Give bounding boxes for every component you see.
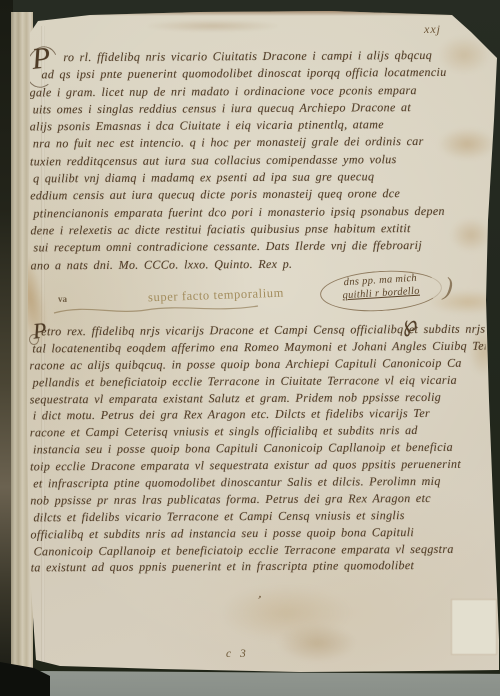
pen-swash-flourish bbox=[52, 300, 262, 320]
manuscript-line: Canonicoip Capllanoip et beneficiatoip e… bbox=[31, 540, 487, 560]
manuscript-line: nra no fuit nec est intencio. q i hoc pe… bbox=[30, 133, 486, 153]
folio-number: xxj bbox=[424, 22, 441, 37]
quire-signature: c 3 bbox=[226, 648, 249, 660]
manuscript-line: ad qs ipsi pnte puenerint quomodolibet d… bbox=[29, 64, 485, 84]
manuscript-line: ta existunt ad quos ppnis puenerint et i… bbox=[31, 557, 487, 577]
entry-2-text-block: etro rex. ffidelibq nrjs vicarijs Dracon… bbox=[29, 321, 487, 577]
manuscript-line: ptinencianonis emparata fuerint dco pori… bbox=[30, 202, 486, 222]
manuscript-line: sui receptum omni contradicione cessante… bbox=[30, 237, 486, 257]
manuscript-page: xxj P ro rl. ffidelibq nris vicario Ciui… bbox=[0, 0, 500, 696]
gray-mat-strip bbox=[36, 671, 500, 696]
paper-repair-patch bbox=[452, 600, 496, 654]
top-edge-smudge bbox=[148, 20, 278, 32]
bottom-smudge bbox=[278, 624, 356, 662]
entry-1-text-block: ro rl. ffidelibq nris vicario Ciuitatis … bbox=[29, 47, 486, 275]
circled-registrar-note: dns pp. ma mich quithli r bordello bbox=[319, 267, 443, 314]
manuscript-line: nob ppsisse pr nras lras publicatas form… bbox=[30, 490, 486, 510]
manuscript-line: pellandis et beneficiatoip ecclie Terrac… bbox=[30, 371, 486, 391]
page-top-edge-shadow bbox=[30, 11, 470, 16]
